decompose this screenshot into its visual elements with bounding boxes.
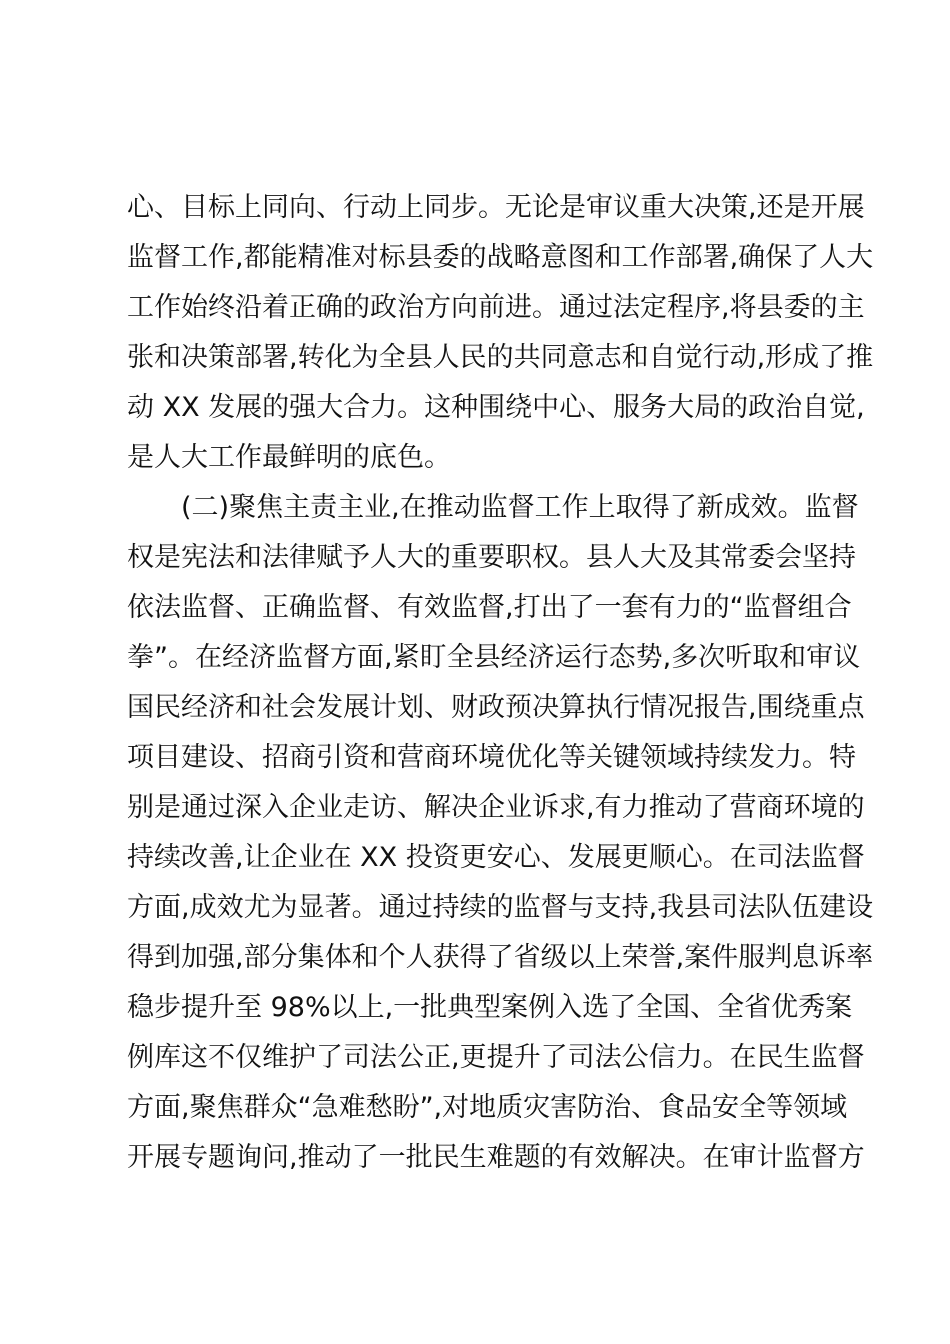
text-line: 稳步提升至 98%以上,一批典型案例入选了全国、全省优秀案 [127,983,837,1033]
text-line: 监督工作,都能精准对标县委的战略意图和工作部署,确保了人大 [127,233,837,283]
text-line: 拳”。在经济监督方面,紧盯全县经济运行态势,多次听取和审议 [127,633,837,683]
text-line: 国民经济和社会发展计划、财政预决算执行情况报告,围绕重点 [127,683,837,733]
text-line: 是人大工作最鲜明的底色。 [127,433,837,483]
text-line: 动 XX 发展的强大合力。这种围绕中心、服务大局的政治自觉, [127,383,837,433]
text-line: 张和决策部署,转化为全县人民的共同意志和自觉行动,形成了推 [127,333,837,383]
text-line: 依法监督、正确监督、有效监督,打出了一套有力的“监督组合 [127,583,837,633]
text-line: 例库这不仅维护了司法公正,更提升了司法公信力。在民生监督 [127,1033,837,1083]
document-body: 心、目标上同向、行动上同步。无论是审议重大决策,还是开展 监督工作,都能精准对标… [127,183,837,1183]
text-line: 开展专题询问,推动了一批民生难题的有效解决。在审计监督方 [127,1133,837,1183]
text-line: 方面,聚焦群众“急难愁盼”,对地质灾害防治、食品安全等领域 [127,1083,837,1133]
paragraph-political-direction: 心、目标上同向、行动上同步。无论是审议重大决策,还是开展 监督工作,都能精准对标… [127,183,837,483]
text-line: 别是通过深入企业走访、解决企业诉求,有力推动了营商环境的 [127,783,837,833]
document-page: 心、目标上同向、行动上同步。无论是审议重大决策,还是开展 监督工作,都能精准对标… [0,0,950,1344]
paragraph-supervision-achievements: (二)聚焦主责主业,在推动监督工作上取得了新成效。监督 权是宪法和法律赋予人大的… [127,483,837,1183]
text-line: 得到加强,部分集体和个人获得了省级以上荣誉,案件服判息诉率 [127,933,837,983]
text-line: 权是宪法和法律赋予人大的重要职权。县人大及其常委会坚持 [127,533,837,583]
text-line: 方面,成效尤为显著。通过持续的监督与支持,我县司法队伍建设 [127,883,837,933]
text-line: 持续改善,让企业在 XX 投资更安心、发展更顺心。在司法监督 [127,833,837,883]
section-heading-line: (二)聚焦主责主业,在推动监督工作上取得了新成效。监督 [127,483,837,533]
text-line: 工作始终沿着正确的政治方向前进。通过法定程序,将县委的主 [127,283,837,333]
text-line: 项目建设、招商引资和营商环境优化等关键领域持续发力。特 [127,733,837,783]
text-line: 心、目标上同向、行动上同步。无论是审议重大决策,还是开展 [127,183,837,233]
